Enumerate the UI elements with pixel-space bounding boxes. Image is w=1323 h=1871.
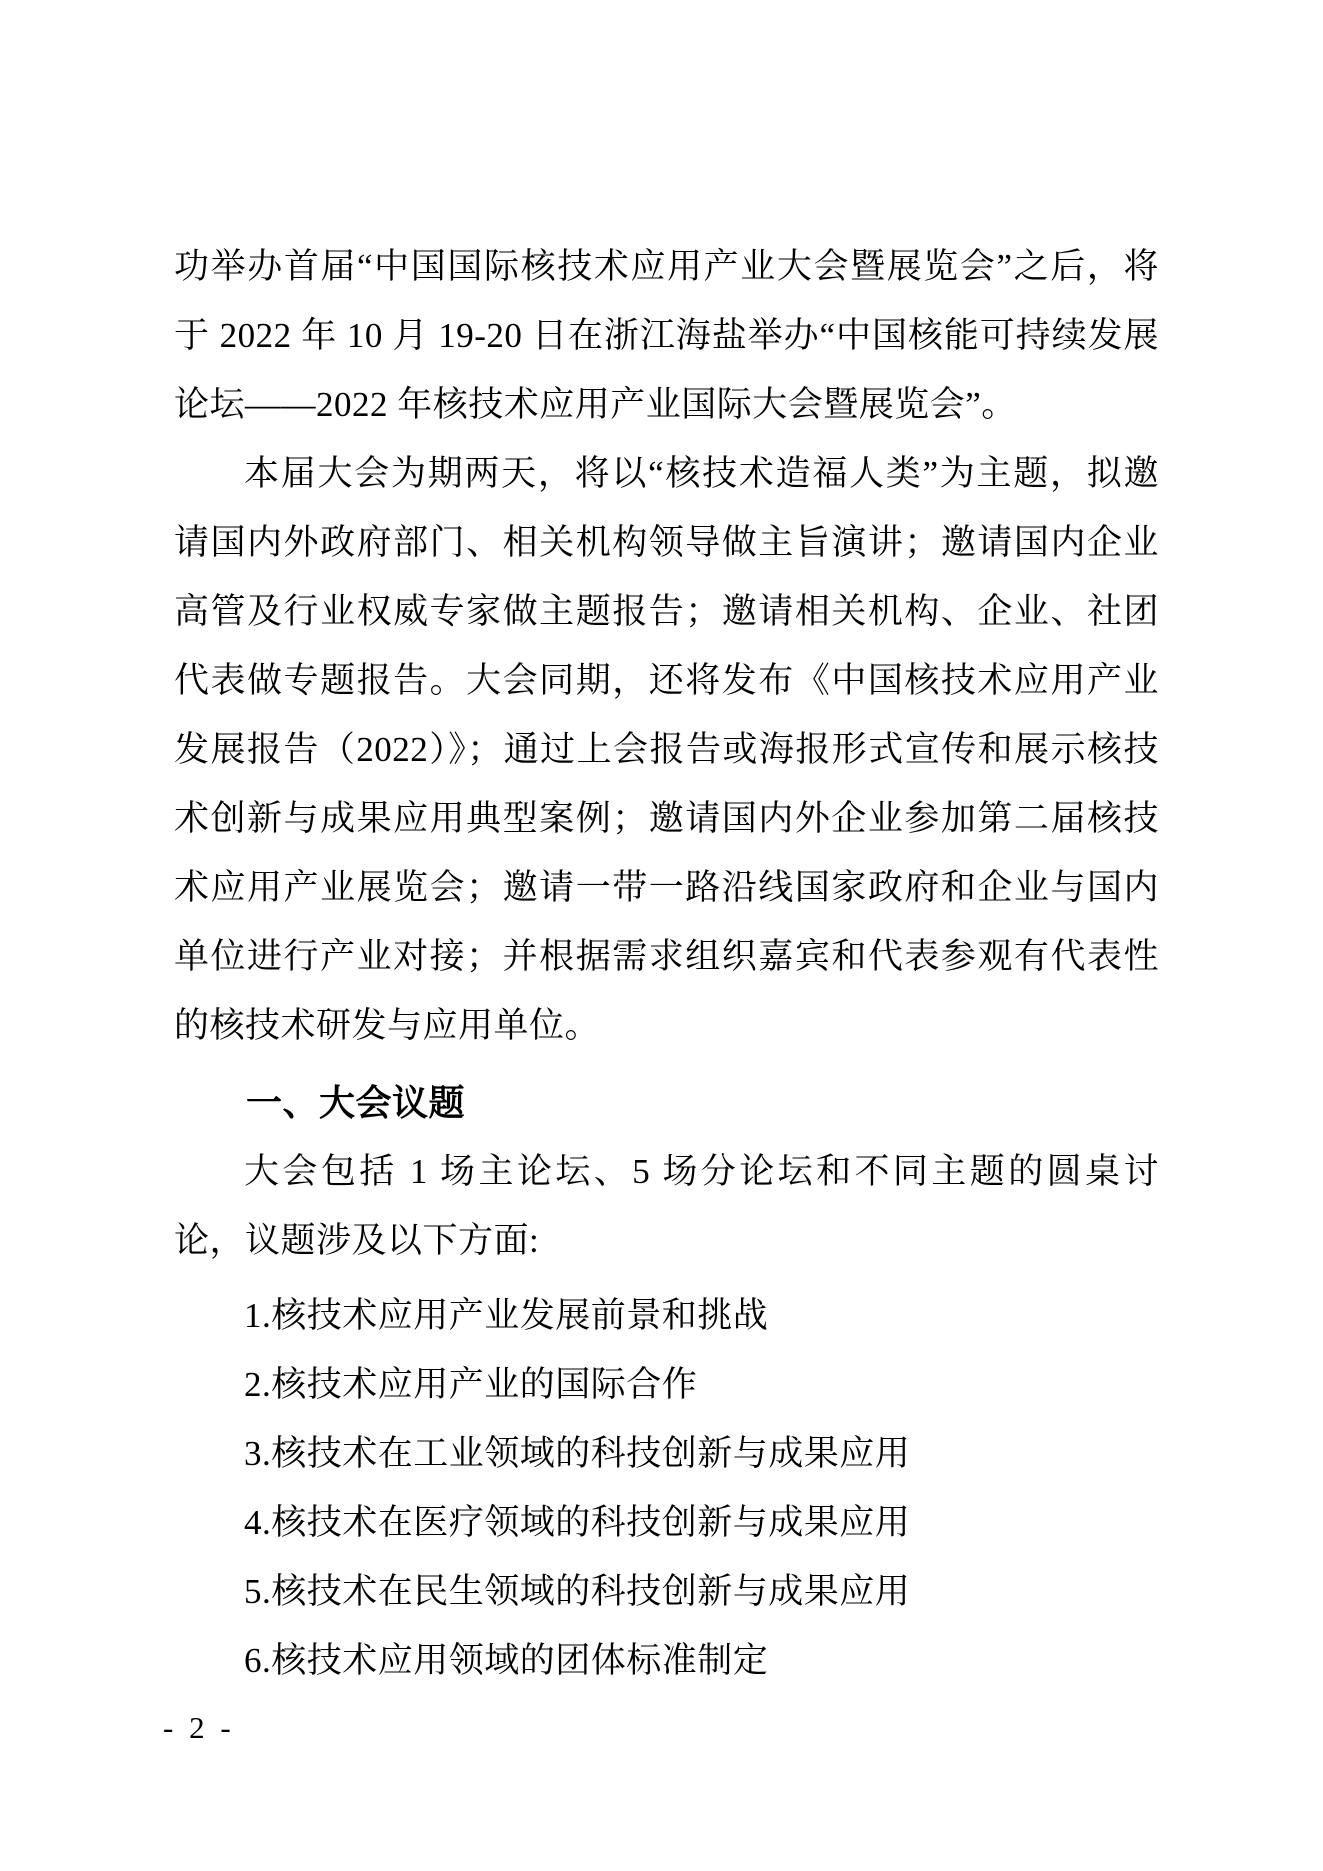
agenda-list: 1.核技术应用产业发展前景和挑战 2.核技术应用产业的国际合作 3.核技术在工业… — [174, 1281, 1159, 1695]
agenda-item-5: 5.核技术在民生领域的科技创新与成果应用 — [174, 1557, 1159, 1626]
agenda-item-6: 6.核技术应用领域的团体标准制定 — [174, 1626, 1159, 1695]
agenda-item-1: 1.核技术应用产业发展前景和挑战 — [174, 1281, 1159, 1350]
page-number: - 2 - — [163, 1706, 235, 1750]
document-page: 功举办首届“中国国际核技术应用产业大会暨展览会”之后，将于 2022 年 10 … — [0, 0, 1323, 1871]
agenda-item-4: 4.核技术在医疗领域的科技创新与成果应用 — [174, 1488, 1159, 1557]
agenda-item-2: 2.核技术应用产业的国际合作 — [174, 1350, 1159, 1419]
paragraph-agenda-intro: 大会包括 1 场主论坛、5 场分论坛和不同主题的圆桌讨论，议题涉及以下方面: — [174, 1137, 1159, 1275]
agenda-item-3: 3.核技术在工业领域的科技创新与成果应用 — [174, 1419, 1159, 1488]
document-body: 功举办首届“中国国际核技术应用产业大会暨展览会”之后，将于 2022 年 10 … — [174, 232, 1159, 1695]
section-heading-agenda: 一、大会议题 — [174, 1068, 1159, 1137]
paragraph-continuation: 功举办首届“中国国际核技术应用产业大会暨展览会”之后，将于 2022 年 10 … — [174, 232, 1159, 439]
paragraph-conference-overview: 本届大会为期两天，将以“核技术造福人类”为主题，拟邀请国内外政府部门、相关机构领… — [174, 439, 1159, 1060]
